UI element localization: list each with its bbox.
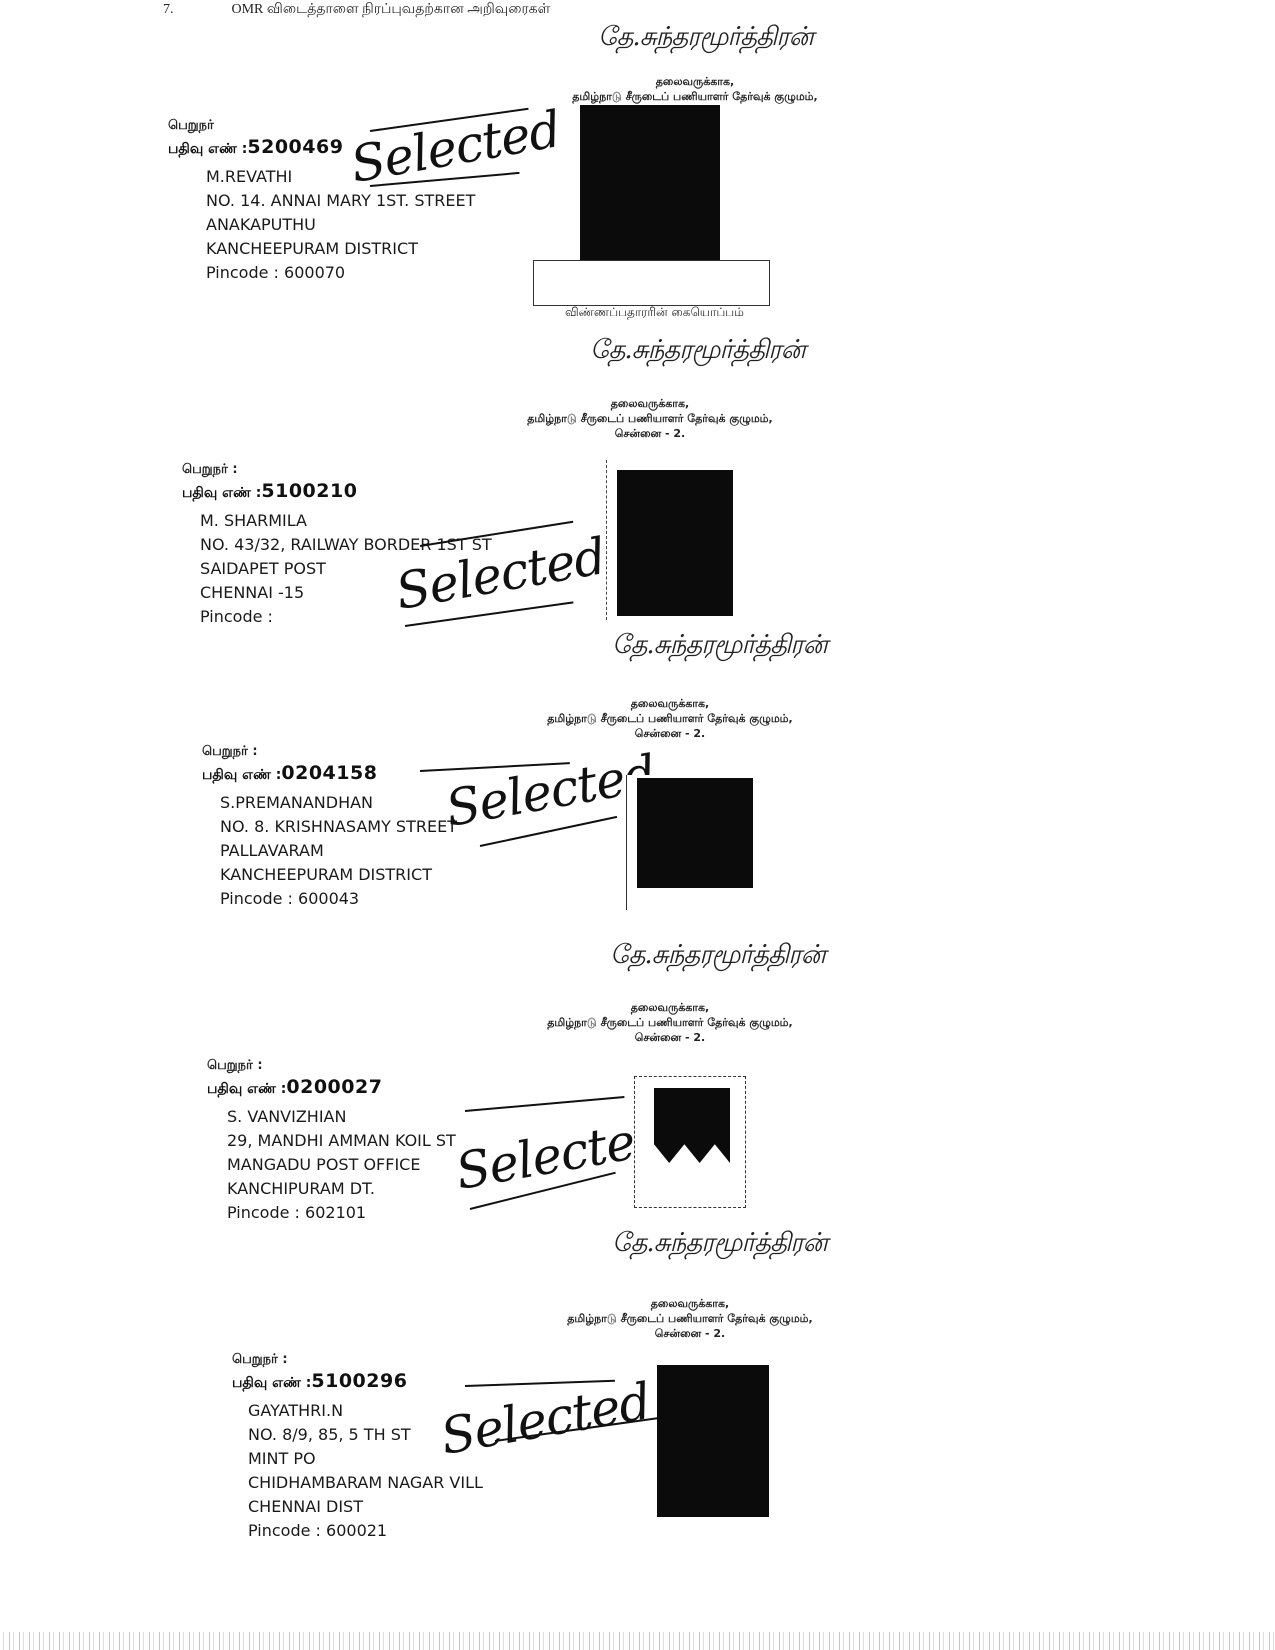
- candidate-photo: [637, 778, 753, 888]
- registration-number-line: பதிவு எண் :5100210: [182, 480, 492, 503]
- reg-label: பதிவு எண்: [168, 141, 237, 157]
- address-line: KANCHEEPURAM DISTRICT: [206, 237, 475, 261]
- candidate-photo: [580, 105, 720, 265]
- pincode: Pincode : 600043: [220, 887, 457, 911]
- section-number: 7.: [163, 2, 228, 18]
- authority-line2: தமிழ்நாடு சீருடைப் பணியாளர் தேர்வுக் குழ…: [500, 711, 840, 726]
- registration-number-line: பதிவு எண் :5100296: [232, 1370, 483, 1393]
- page-header: 7. OMR விடைத்தாளை நிரப்புவதற்கான அறிவுரை…: [163, 2, 550, 19]
- address-line: KANCHEEPURAM DISTRICT: [220, 863, 457, 887]
- reg-number: 5100210: [261, 480, 357, 502]
- reg-label: பதிவு எண்: [207, 1081, 276, 1097]
- authority-line1: தலைவருக்காக,: [525, 74, 865, 89]
- stamp-underline: [465, 1096, 625, 1112]
- scan-artifact: [0, 1632, 1275, 1650]
- address-line: NO. 8. KRISHNASAMY STREET: [220, 815, 457, 839]
- address-block: S. VANVIZHIAN 29, MANDHI AMMAN KOIL ST M…: [227, 1105, 456, 1225]
- candidate-name: S. VANVIZHIAN: [227, 1105, 456, 1129]
- address-line: KANCHIPURAM DT.: [227, 1177, 456, 1201]
- candidate-photo: [617, 470, 733, 616]
- authority-line3: சென்னை - 2.: [500, 726, 840, 741]
- signature-caption: விண்ணப்பதாரரின் கையொப்பம்: [565, 305, 744, 321]
- official-signature: தே.சுந்தரமூர்த்திரன்: [612, 1228, 827, 1261]
- signature-box: [533, 260, 770, 306]
- address-line: PALLAVARAM: [220, 839, 457, 863]
- address-line: CHIDHAMBARAM NAGAR VILL: [248, 1471, 483, 1495]
- official-signature: தே.சுந்தரமூர்த்திரன்: [610, 940, 825, 973]
- recipient-label: பெறுநர் :: [207, 1058, 456, 1074]
- registration-number-line: பதிவு எண் :0200027: [207, 1076, 456, 1099]
- address-block: S.PREMANANDHAN NO. 8. KRISHNASAMY STREET…: [220, 791, 457, 911]
- registration-number-line: பதிவு எண் :0204158: [202, 762, 457, 785]
- authority-block: தலைவருக்காக, தமிழ்நாடு சீருடைப் பணியாளர்…: [500, 696, 840, 741]
- header-text: OMR விடைத்தாளை நிரப்புவதற்கான அறிவுரைகள்: [232, 2, 551, 17]
- authority-block: தலைவருக்காக, தமிழ்நாடு சீருடைப் பணியாளர்…: [500, 1000, 840, 1045]
- official-signature: தே.சுந்தரமூர்த்திரன்: [590, 335, 805, 368]
- reg-number: 0200027: [286, 1076, 382, 1098]
- authority-line2: தமிழ்நாடு சீருடைப் பணியாளர் தேர்வுக் குழ…: [480, 411, 820, 426]
- authority-line1: தலைவருக்காக,: [500, 696, 840, 711]
- authority-block: தலைவருக்காக, தமிழ்நாடு சீருடைப் பணியாளர்…: [480, 396, 820, 441]
- reg-number: 5200469: [247, 136, 343, 158]
- reg-label: பதிவு எண்: [232, 1375, 301, 1391]
- candidate-name: S.PREMANANDHAN: [220, 791, 457, 815]
- reg-label: பதிவு எண்: [182, 485, 251, 501]
- recipient-entry-3: பெறுநர் : பதிவு எண் :0204158 S.PREMANAND…: [202, 744, 457, 911]
- candidate-name: M. SHARMILA: [200, 509, 492, 533]
- address-block: M.REVATHI NO. 14. ANNAI MARY 1ST. STREET…: [206, 165, 475, 285]
- reg-label: பதிவு எண்: [202, 767, 271, 783]
- authority-line3: சென்னை - 2.: [520, 1326, 860, 1341]
- authority-line2: தமிழ்நாடு சீருடைப் பணியாளர் தேர்வுக் குழ…: [520, 1311, 860, 1326]
- address-line: CHENNAI DIST: [248, 1495, 483, 1519]
- reg-number: 0204158: [281, 762, 377, 784]
- recipient-label: பெறுநர் :: [182, 462, 492, 478]
- address-line: NO. 14. ANNAI MARY 1ST. STREET: [206, 189, 475, 213]
- reg-number: 5100296: [311, 1370, 407, 1392]
- official-signature: தே.சுந்தரமூர்த்திரன்: [598, 22, 813, 55]
- address-line: ANAKAPUTHU: [206, 213, 475, 237]
- authority-block: தலைவருக்காக, தமிழ்நாடு சீருடைப் பணியாளர்…: [520, 1296, 860, 1341]
- candidate-photo: [657, 1365, 769, 1517]
- pincode: Pincode : 600070: [206, 261, 475, 285]
- official-signature: தே.சுந்தரமூர்த்திரன்: [612, 630, 827, 663]
- authority-line1: தலைவருக்காக,: [500, 1000, 840, 1015]
- authority-line3: சென்னை - 2.: [480, 426, 820, 441]
- address-line: MANGADU POST OFFICE: [227, 1153, 456, 1177]
- authority-line1: தலைவருக்காக,: [480, 396, 820, 411]
- authority-line2: தமிழ்நாடு சீருடைப் பணியாளர் தேர்வுக் குழ…: [500, 1015, 840, 1030]
- recipient-entry-4: பெறுநர் : பதிவு எண் :0200027 S. VANVIZHI…: [207, 1058, 456, 1225]
- pincode: Pincode : 600021: [248, 1519, 483, 1543]
- authority-line2: தமிழ்நாடு சீருடைப் பணியாளர் தேர்வுக் குழ…: [525, 89, 865, 104]
- authority-line3: சென்னை - 2.: [500, 1030, 840, 1045]
- authority-block: தலைவருக்காக, தமிழ்நாடு சீருடைப் பணியாளர்…: [525, 74, 865, 104]
- address-line: 29, MANDHI AMMAN KOIL ST: [227, 1129, 456, 1153]
- pincode: Pincode : 602101: [227, 1201, 456, 1225]
- authority-line1: தலைவருக்காக,: [520, 1296, 860, 1311]
- recipient-label: பெறுநர் :: [232, 1352, 483, 1368]
- recipient-label: பெறுநர் :: [202, 744, 457, 760]
